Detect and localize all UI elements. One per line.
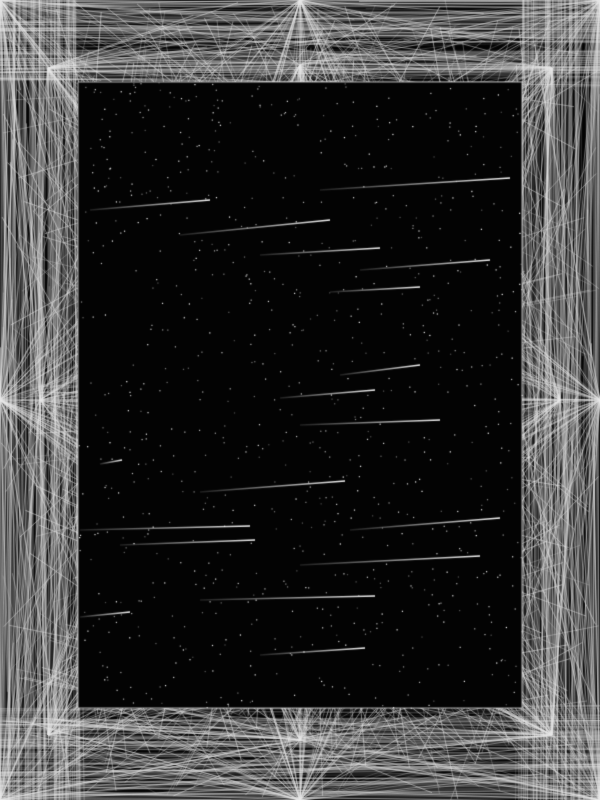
starfield-frame-image bbox=[0, 0, 600, 800]
